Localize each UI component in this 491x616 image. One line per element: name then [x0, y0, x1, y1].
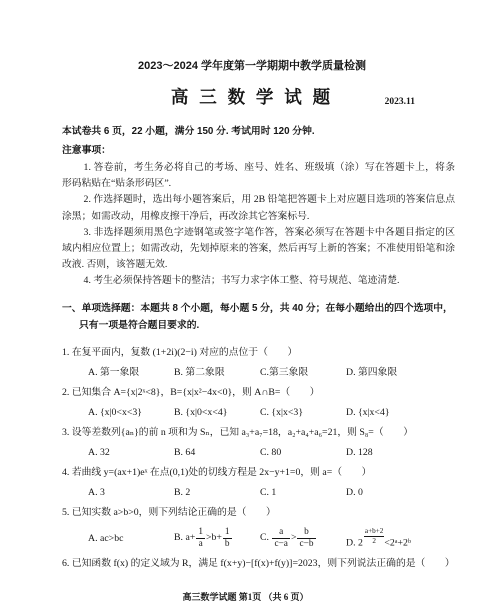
question-2-stem-row: 2. 已知集合 A={x|2ˣ<8}，B={x|x²−4x<0}，则 A∩B=（… — [62, 383, 455, 403]
question-1-options: A. 第一象限 B. 第二象限 C.第三象限 D. 第四象限 — [62, 363, 455, 383]
question-stem: 已知集合 A={x|2ˣ<8}，B={x|x²−4x<0}，则 A∩B=（ ） — [72, 387, 320, 398]
option-a: A. 32 — [88, 443, 174, 463]
notice-item-2: 2. 作选择题时，选出每小题答案后，用 2B 铅笔把答题卡上对应题目选项的答案信… — [62, 192, 455, 224]
option-d: D. {x|x<4} — [346, 403, 455, 423]
notice-title: 注意事项： — [62, 142, 455, 156]
option-c: C.第三象限 — [260, 363, 346, 383]
option-b: B. 2 — [174, 483, 260, 503]
option-c: C. 1 — [260, 483, 346, 503]
option-d: D. 2a+b+22<2ᵃ+2ᵇ — [346, 527, 455, 549]
section-1-line-2: 只有一项是符合题目要求的. — [62, 317, 455, 334]
option-c: C. 80 — [260, 443, 346, 463]
exponent-fraction: a+b+22 — [364, 527, 385, 545]
option-a: A. ac>bc — [88, 533, 174, 544]
option-label: A. — [88, 533, 98, 544]
option-a: A. {x|0<x<3} — [88, 403, 174, 423]
question-number: 2. — [62, 387, 69, 398]
option-b: B. {x|0<x<4} — [174, 403, 260, 423]
page-footer: 高三数学试题 第1页 （共 6 页） — [0, 590, 491, 603]
question-number: 6. — [62, 558, 69, 569]
notice-item-4: 4. 考生必须保持答题卡的整洁；书写力求字体工整、符号规范、笔迹清楚. — [62, 273, 455, 289]
option-formula: a+ — [185, 532, 195, 543]
option-label: D. — [346, 538, 356, 549]
question-6: 6. 已知函数 f(x) 的定义域为 R，满足 f(x+y)−[f(x)+f(y… — [62, 554, 455, 574]
question-1-stem-row: 1. 在复平面内，复数 (1+2i)(2−i) 对应的点位于（ ） — [62, 343, 455, 363]
option-formula: ac>bc — [100, 533, 123, 544]
section-1-line-1: 一、单项选择题：本题共 8 个小题，每小题 5 分，共 40 分；在每小题给出的… — [62, 303, 453, 314]
question-4: 4. 若曲线 y=(ax+1)eˣ 在点(0,1)处的切线方程是 2x−y+1=… — [62, 463, 455, 503]
option-formula: >b+ — [206, 532, 222, 543]
question-stem: 在复平面内，复数 (1+2i)(2−i) 对应的点位于（ ） — [72, 347, 297, 358]
question-number: 5. — [62, 507, 69, 518]
option-c: C. ac−a>bc−b — [260, 527, 346, 549]
question-3-stem-row: 3. 设等差数列{aₙ}的前 n 项和为 Sₙ，已知 a₃+a₇=18，a₂+a… — [62, 423, 455, 443]
notice-item-1: 1. 答卷前，考生务必将自己的考场、座号、姓名、班级填（涂）写在答题卡上，将条形… — [62, 160, 455, 192]
section-1-title: 一、单项选择题：本题共 8 个小题，每小题 5 分，共 40 分；在每小题给出的… — [62, 300, 455, 334]
exam-session-subtitle: 2023～2024 学年度第一学期期中教学质量检测 — [49, 57, 455, 73]
option-formula: <2ᵃ+2ᵇ — [384, 538, 411, 549]
question-number: 1. — [62, 347, 69, 358]
option-label: B. — [174, 532, 183, 543]
exam-paper-page: 2023～2024 学年度第一学期期中教学质量检测 高 三 数 学 试 题 20… — [0, 0, 491, 616]
fraction: 1b — [223, 527, 232, 549]
question-stem: 若曲线 y=(ax+1)eˣ 在点(0,1)处的切线方程是 2x−y+1=0，则… — [72, 467, 372, 478]
question-2-options: A. {x|0<x<3} B. {x|0<x<4} C. {x|x<3} D. … — [62, 403, 455, 423]
question-stem: 已知函数 f(x) 的定义域为 R，满足 f(x+y)−[f(x)+f(y)]=… — [72, 558, 455, 569]
question-6-stem-row: 6. 已知函数 f(x) 的定义域为 R，满足 f(x+y)−[f(x)+f(y… — [62, 554, 455, 574]
question-5: 5. 已知实数 a>b>0，则下列结论正确的是（ ） A. ac>bc B. a… — [62, 503, 455, 554]
option-a: A. 第一象限 — [88, 363, 174, 383]
option-d: D. 128 — [346, 443, 455, 463]
question-1: 1. 在复平面内，复数 (1+2i)(2−i) 对应的点位于（ ） A. 第一象… — [62, 343, 455, 383]
option-formula: 2 — [358, 538, 363, 549]
option-c: C. {x|x<3} — [260, 403, 346, 423]
question-stem: 已知实数 a>b>0，则下列结论正确的是（ ） — [72, 507, 276, 518]
question-5-stem-row: 5. 已知实数 a>b>0，则下列结论正确的是（ ） — [62, 503, 455, 523]
question-2: 2. 已知集合 A={x|2ˣ<8}，B={x|x²−4x<0}，则 A∩B=（… — [62, 383, 455, 423]
notice-item-3: 3. 非选择题须用黑色字迹钢笔或签字笔作答，答案必须写在答题卡中各题目指定的区域… — [62, 225, 455, 274]
fraction: bc−b — [297, 527, 315, 549]
option-d: D. 第四象限 — [346, 363, 455, 383]
option-a: A. 3 — [88, 483, 174, 503]
question-number: 4. — [62, 467, 69, 478]
option-b: B. 64 — [174, 443, 260, 463]
question-4-stem-row: 4. 若曲线 y=(ax+1)eˣ 在点(0,1)处的切线方程是 2x−y+1=… — [62, 463, 455, 483]
fraction: ac−a — [272, 527, 290, 549]
question-list: 1. 在复平面内，复数 (1+2i)(2−i) 对应的点位于（ ） A. 第一象… — [62, 343, 455, 574]
option-b: B. a+1a>b+1b — [174, 527, 260, 549]
question-4-options: A. 3 B. 2 C. 1 D. 0 — [62, 483, 455, 503]
exam-info-line: 本试卷共 6 页，22 小题，满分 150 分. 考试用时 120 分钟. — [62, 123, 455, 137]
question-3: 3. 设等差数列{aₙ}的前 n 项和为 Sₙ，已知 a₃+a₇=18，a₂+a… — [62, 423, 455, 463]
option-label: C. — [260, 532, 269, 543]
question-number: 3. — [62, 427, 69, 438]
question-stem: 设等差数列{aₙ}的前 n 项和为 Sₙ，已知 a₃+a₇=18，a₂+a₄+a… — [72, 427, 413, 438]
question-5-options: A. ac>bc B. a+1a>b+1b C. ac−a>bc−b D. 2a… — [62, 523, 455, 554]
option-d: D. 0 — [346, 483, 455, 503]
fraction: 1a — [196, 527, 205, 549]
title-row: 高 三 数 学 试 题 2023.11 — [62, 84, 455, 107]
option-formula: > — [291, 532, 297, 543]
exam-date: 2023.11 — [385, 97, 415, 107]
question-3-options: A. 32 B. 64 C. 80 D. 128 — [62, 443, 455, 463]
option-b: B. 第二象限 — [174, 363, 260, 383]
